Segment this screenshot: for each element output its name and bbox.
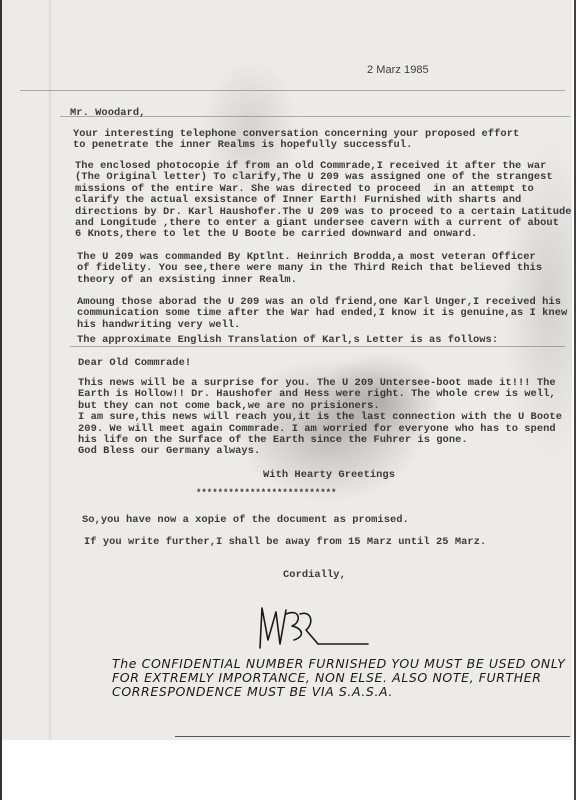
letter-salutation: Mr. Woodard, bbox=[70, 108, 145, 119]
letter-date: 2 Marz 1985 bbox=[367, 65, 429, 76]
inner-letter-closing: With Hearty Greetings bbox=[263, 470, 395, 481]
paragraph-intro: Your interesting telephone conversation … bbox=[73, 129, 519, 152]
scanned-letter-page: 2 Marz 1985 Mr. Woodard, Your interestin… bbox=[0, 0, 572, 740]
handwritten-note: The CONFIDENTIAL NUMBER FURNISHED YOU MU… bbox=[112, 657, 565, 699]
after-line-copy: So,you have now a xopie of the document … bbox=[82, 515, 409, 526]
paragraph-commander: The U 209 was commanded By Kptlnt. Heinr… bbox=[77, 252, 542, 286]
paragraph-photocopy: The enclosed photocopie if from an old C… bbox=[75, 161, 572, 241]
paragraph-karl-unger: Amoung those aborad the U 209 was an old… bbox=[77, 297, 567, 331]
after-line-away: If you write further,I shall be away fro… bbox=[84, 537, 486, 548]
signature-icon bbox=[250, 600, 370, 660]
page-bottom-edge bbox=[175, 736, 570, 737]
scan-right-border bbox=[574, 0, 576, 800]
paragraph-translation-intro: The approximate English Translation of K… bbox=[77, 335, 498, 346]
inner-letter-greeting: Dear Old Commrade! bbox=[78, 358, 191, 369]
fold-crease bbox=[20, 90, 565, 91]
inner-letter-body: This news will be a surprise for you. Th… bbox=[78, 378, 562, 458]
inner-letter-separator: ************************** bbox=[196, 488, 336, 499]
letter-closing: Cordially, bbox=[283, 570, 346, 581]
scan-left-border bbox=[0, 0, 2, 800]
